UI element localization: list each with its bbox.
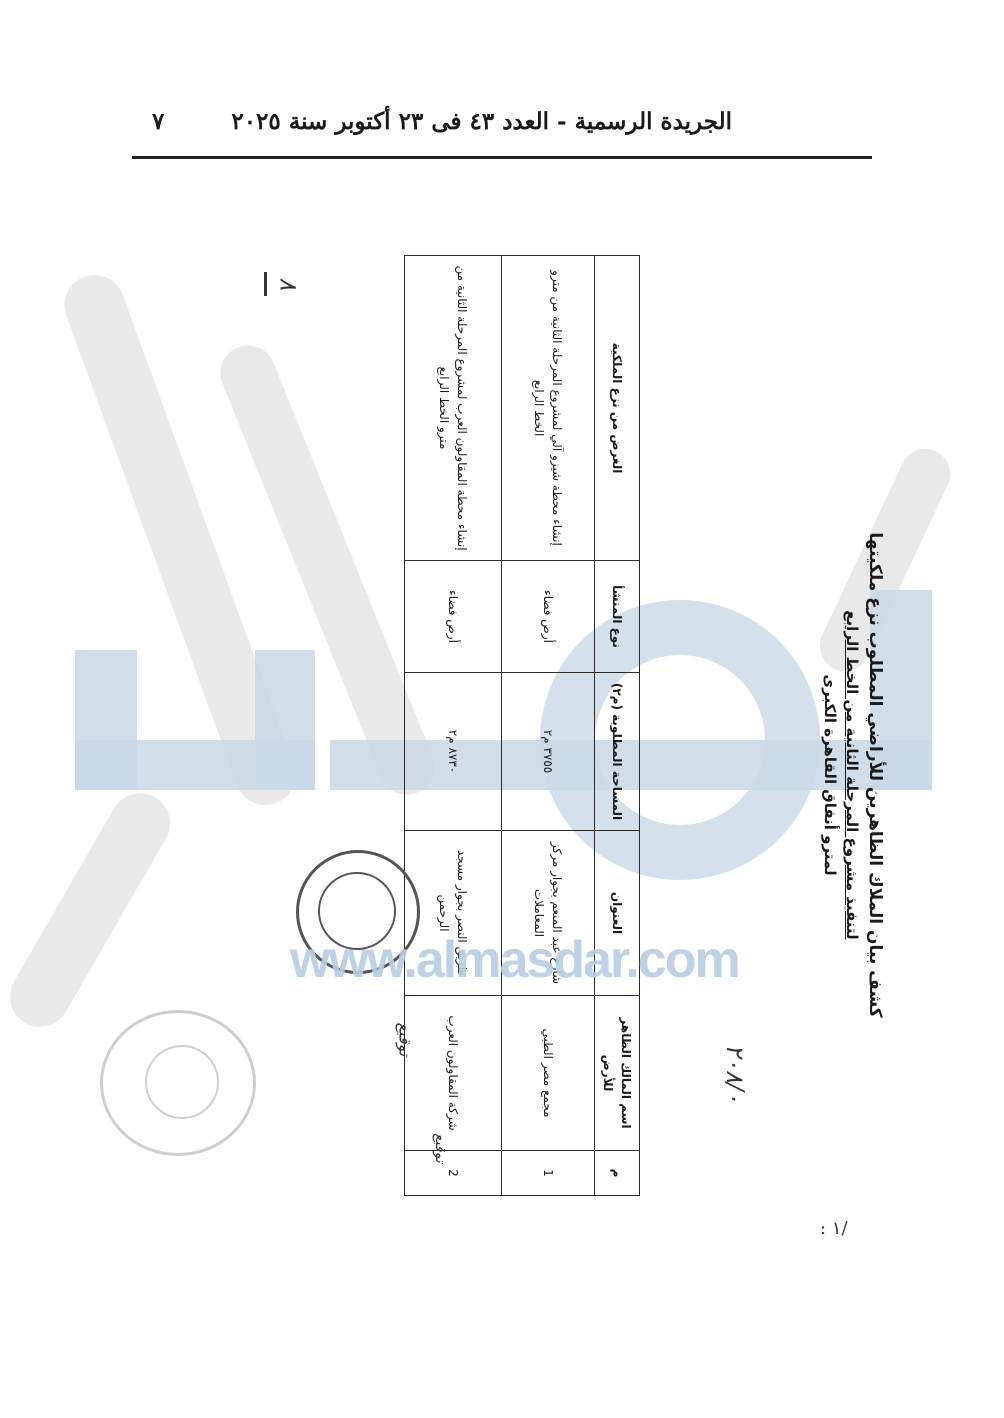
ownership-table-frame: م اسم المالك الظاهر للأرض العنوان المساح… [410,255,640,1195]
cell-owner: مجمع مصر الطبي [502,996,595,1151]
cell-area: ٣٧٥٥ م٢ [502,673,595,831]
handwritten-date: ٢٠٨/٠ [721,1044,749,1104]
cell-area: ٨٧٣٠ م٢ [405,673,502,831]
cell-type: أرض فضاء [405,561,502,673]
cell-no: 2 [405,1151,502,1196]
footer-marks: : ١/ [820,1218,848,1239]
gazette-title: الجريدة الرسمية - العدد ٤٣ فى ٢٣ أكتوبر … [231,108,732,135]
handwritten-mark [264,272,267,296]
document-title: كشف بيان الملاك الظاهرين للأراضي المطلوب… [745,455,885,1095]
cell-owner: شركة المقاولون العرب [405,996,502,1151]
printing-house-seal-inner [145,1045,219,1119]
table-header-row: م اسم المالك الظاهر للأرض العنوان المساح… [595,256,640,1196]
page-number: ٧ [152,108,164,135]
cell-purpose: إنشاء محطة شيزو آلي لمشروع المرحلة الثان… [502,256,595,561]
signature: توقيع [395,1023,414,1057]
header-type: نوع المنشأ [595,561,640,673]
table-row: 2 شركة المقاولون العرب طريق النصر بجوار … [405,256,502,1196]
header-no: م [595,1151,640,1196]
watermark-shape [255,650,315,790]
header-owner: اسم المالك الظاهر للأرض [595,996,640,1151]
title-line-1: كشف بيان الملاك الظاهرين للأراضي المطلوب… [865,455,885,1095]
table-row: 1 مجمع مصر الطبي شارع عبد المنعم بجوار م… [502,256,595,1196]
cell-type: أرض فضاء [502,561,595,673]
handwritten-mark: ٨ [274,278,302,291]
title-line-3: لمترو أنفاق القاهرة الكبرى [821,455,839,1095]
cell-purpose: إنشاء محطة المقاولون العرب لمشروع المرحل… [405,256,502,561]
cell-no: 1 [502,1151,595,1196]
ownership-table: م اسم المالك الظاهر للأرض العنوان المساح… [404,255,640,1196]
watermark-stroke [0,782,181,1037]
title-line-2: لتنفيذ مشروع المرحلة الثانية من الخط الر… [843,455,861,1095]
watermark-url: www.almasdar.com [290,930,739,990]
header-divider [132,156,872,159]
page-header: الجريدة الرسمية - العدد ٤٣ فى ٢٣ أكتوبر … [130,108,872,148]
signature: توقيع [432,1133,448,1163]
header-purpose: الغرض من نزع الملكية [595,256,640,561]
header-area: المساحة المطلوبة (م٢) [595,673,640,831]
